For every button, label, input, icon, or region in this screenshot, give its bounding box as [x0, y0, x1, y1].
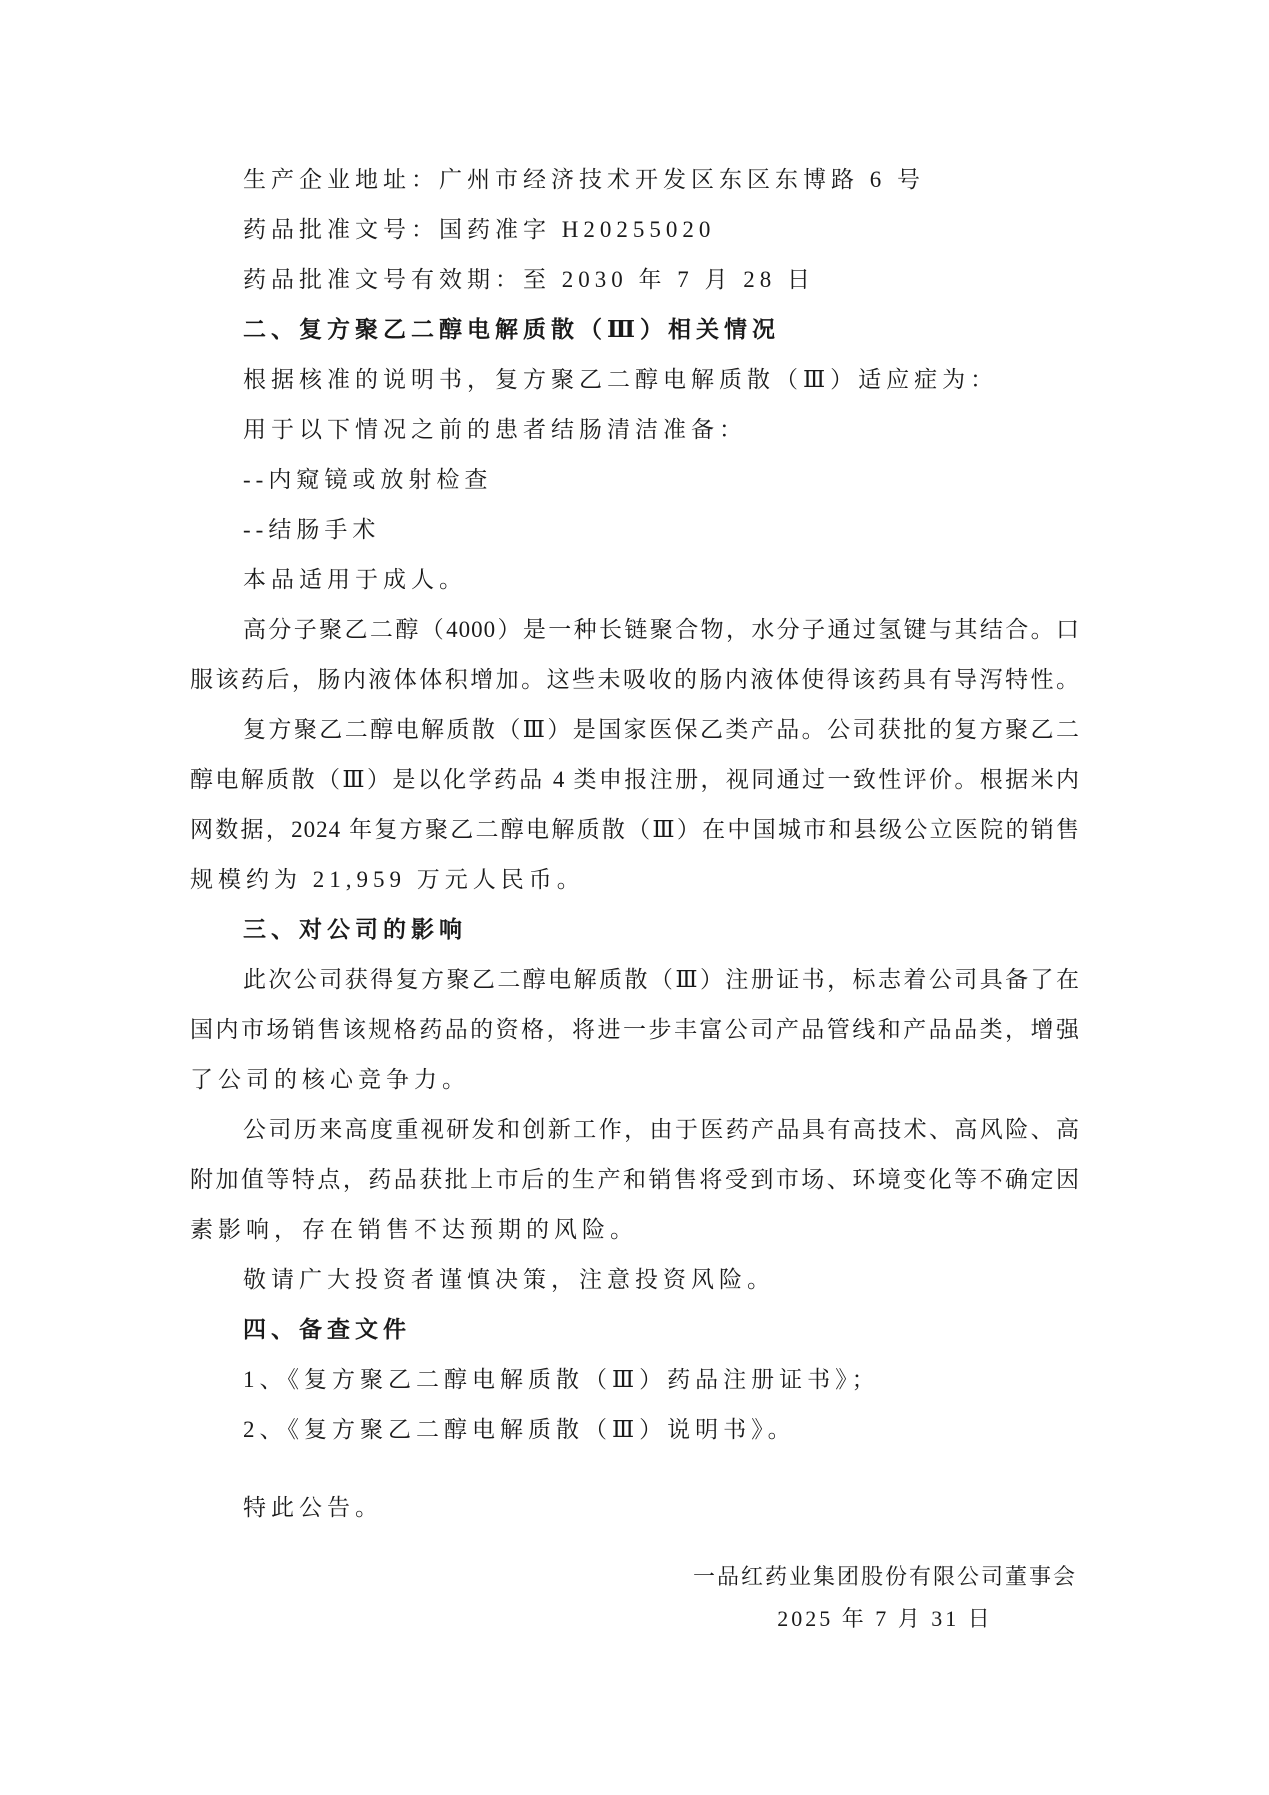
document-body: 生产企业地址：广州市经济技术开发区东区东博路 6 号药品批准文号：国药准字 H2… [190, 155, 1080, 1755]
signature-block: 一品红药业集团股份有限公司董事会 2025 年 7 月 31 日 [693, 1555, 1077, 1639]
text-line: 高分子聚乙二醇（4000）是一种长链聚合物，水分子通过氢键与其结合。口 [190, 605, 1080, 655]
text-line: --内窥镜或放射检查 [190, 455, 1080, 505]
text-line: 此次公司获得复方聚乙二醇电解质散（Ⅲ）注册证书，标志着公司具备了在 [190, 955, 1080, 1005]
text-line: 本品适用于成人。 [190, 555, 1080, 605]
closing-statement: 特此公告。 [190, 1483, 1080, 1533]
text-line: 药品批准文号有效期：至 2030 年 7 月 28 日 [190, 255, 1080, 305]
text-line: 生产企业地址：广州市经济技术开发区东区东博路 6 号 [190, 155, 1080, 205]
text-line: 敬请广大投资者谨慎决策，注意投资风险。 [190, 1255, 1080, 1305]
text-line: 规模约为 21,959 万元人民币。 [190, 855, 1080, 905]
text-line: 根据核准的说明书，复方聚乙二醇电解质散（Ⅲ）适应症为： [190, 355, 1080, 405]
text-line: 复方聚乙二醇电解质散（Ⅲ）是国家医保乙类产品。公司获批的复方聚乙二 [190, 705, 1080, 755]
text-line: 用于以下情况之前的患者结肠清洁准备： [190, 405, 1080, 455]
text-line: 服该药后，肠内液体体积增加。这些未吸收的肠内液体使得该药具有导泻特性。 [190, 655, 1080, 705]
section-heading: 二、复方聚乙二醇电解质散（Ⅲ）相关情况 [190, 305, 1080, 355]
announcement-page: 生产企业地址：广州市经济技术开发区东区东博路 6 号药品批准文号：国药准字 H2… [0, 0, 1269, 1795]
text-line: 附加值等特点，药品获批上市后的生产和销售将受到市场、环境变化等不确定因 [190, 1155, 1080, 1205]
blank-line [190, 1455, 1080, 1483]
text-line: 了公司的核心竞争力。 [190, 1055, 1080, 1105]
text-line: 网数据，2024 年复方聚乙二醇电解质散（Ⅲ）在中国城市和县级公立医院的销售 [190, 805, 1080, 855]
text-line: 醇电解质散（Ⅲ）是以化学药品 4 类申报注册，视同通过一致性评价。根据米内 [190, 755, 1080, 805]
text-line: 国内市场销售该规格药品的资格，将进一步丰富公司产品管线和产品品类，增强 [190, 1005, 1080, 1055]
text-line: 1、《复方聚乙二醇电解质散（Ⅲ）药品注册证书》； [190, 1355, 1080, 1405]
text-lines: 生产企业地址：广州市经济技术开发区东区东博路 6 号药品批准文号：国药准字 H2… [190, 155, 1080, 1455]
signature-company: 一品红药业集团股份有限公司董事会 [693, 1555, 1077, 1599]
text-line: 公司历来高度重视研发和创新工作，由于医药产品具有高技术、高风险、高 [190, 1105, 1080, 1155]
section-heading: 三、对公司的影响 [190, 905, 1080, 955]
text-line: 2、《复方聚乙二醇电解质散（Ⅲ）说明书》。 [190, 1405, 1080, 1455]
text-line: 药品批准文号：国药准字 H20255020 [190, 205, 1080, 255]
signature-date: 2025 年 7 月 31 日 [693, 1599, 1077, 1639]
text-line: 素影响，存在销售不达预期的风险。 [190, 1205, 1080, 1255]
text-line: --结肠手术 [190, 505, 1080, 555]
section-heading: 四、备查文件 [190, 1305, 1080, 1355]
